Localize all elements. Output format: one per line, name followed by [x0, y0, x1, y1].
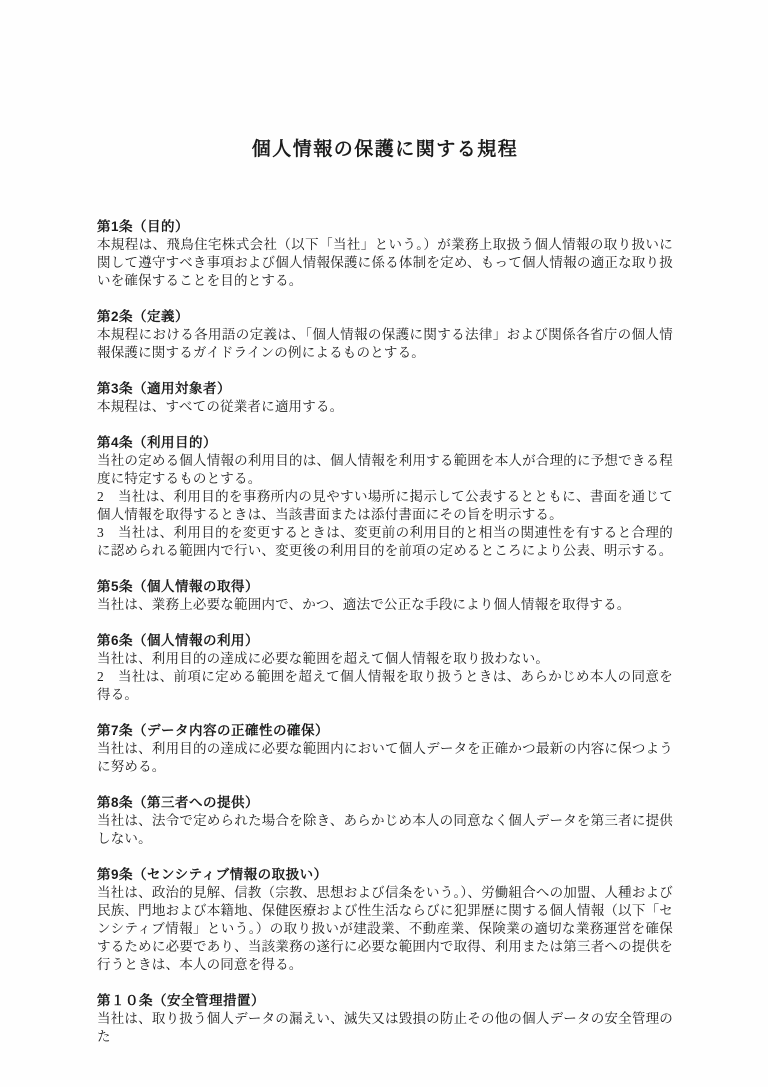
article-paragraph: 当社は、利用目的の達成に必要な範囲を超えて個人情報を取り扱わない。 — [97, 650, 673, 668]
article-heading: 第3条（適用対象者） — [97, 380, 673, 398]
article-section: 第4条（利用目的） 当社の定める個人情報の利用目的は、個人情報を利用する範囲を本… — [97, 434, 673, 560]
article-heading: 第1条（目的） — [97, 218, 673, 236]
article-paragraph: 本規程は、すべての従業者に適用する。 — [97, 398, 673, 416]
article-paragraph: 2 当社は、利用目的を事務所内の見やすい場所に掲示して公表するとともに、書面を通… — [97, 488, 673, 524]
article-section: 第8条（第三者への提供） 当社は、法令で定められた場合を除き、あらかじめ本人の同… — [97, 794, 673, 848]
article-paragraph: 当社の定める個人情報の利用目的は、個人情報を利用する範囲を本人が合理的に予想でき… — [97, 452, 673, 488]
document-title: 個人情報の保護に関する規程 — [97, 138, 673, 162]
article-heading: 第8条（第三者への提供） — [97, 794, 673, 812]
article-paragraph: 本規程における各用語の定義は、「個人情報の保護に関する法律」および関係各省庁の個… — [97, 326, 673, 362]
document-page: 個人情報の保護に関する規程 第1条（目的） 本規程は、飛鳥住宅株式会社（以下「当… — [0, 0, 768, 1087]
article-section: 第１０条（安全管理措置） 当社は、取り扱う個人データの漏えい、滅失又は毀損の防止… — [97, 992, 673, 1046]
article-paragraph: 本規程は、飛鳥住宅株式会社（以下「当社」という。）が業務上取扱う個人情報の取り扱… — [97, 236, 673, 290]
sections-container: 第1条（目的） 本規程は、飛鳥住宅株式会社（以下「当社」という。）が業務上取扱う… — [97, 218, 673, 1046]
article-paragraph: 当社は、業務上必要な範囲内で、かつ、適法で公正な手段により個人情報を取得する。 — [97, 596, 673, 614]
article-paragraph: 3 当社は、利用目的を変更するときは、変更前の利用目的と相当の関連性を有すると合… — [97, 524, 673, 560]
article-section: 第2条（定義） 本規程における各用語の定義は、「個人情報の保護に関する法律」およ… — [97, 308, 673, 362]
article-paragraph: 当社は、政治的見解、信教（宗教、思想および信条をいう。）、労働組合への加盟、人種… — [97, 884, 673, 974]
article-paragraph: 2 当社は、前項に定める範囲を超えて個人情報を取り扱うときは、あらかじめ本人の同… — [97, 668, 673, 704]
article-paragraph: 当社は、法令で定められた場合を除き、あらかじめ本人の同意なく個人データを第三者に… — [97, 812, 673, 848]
article-paragraph: 当社は、利用目的の達成に必要な範囲内において個人データを正確かつ最新の内容に保つ… — [97, 740, 673, 776]
article-heading: 第9条（センシティブ情報の取扱い） — [97, 866, 673, 884]
article-section: 第6条（個人情報の利用） 当社は、利用目的の達成に必要な範囲を超えて個人情報を取… — [97, 632, 673, 704]
article-heading: 第2条（定義） — [97, 308, 673, 326]
article-heading: 第6条（個人情報の利用） — [97, 632, 673, 650]
article-heading: 第１０条（安全管理措置） — [97, 992, 673, 1010]
article-heading: 第4条（利用目的） — [97, 434, 673, 452]
article-paragraph: 当社は、取り扱う個人データの漏えい、滅失又は毀損の防止その他の個人データの安全管… — [97, 1010, 673, 1046]
article-section: 第1条（目的） 本規程は、飛鳥住宅株式会社（以下「当社」という。）が業務上取扱う… — [97, 218, 673, 290]
article-section: 第5条（個人情報の取得） 当社は、業務上必要な範囲内で、かつ、適法で公正な手段に… — [97, 578, 673, 614]
article-section: 第9条（センシティブ情報の取扱い） 当社は、政治的見解、信教（宗教、思想および信… — [97, 866, 673, 974]
article-section: 第7条（データ内容の正確性の確保） 当社は、利用目的の達成に必要な範囲内において… — [97, 722, 673, 776]
article-section: 第3条（適用対象者） 本規程は、すべての従業者に適用する。 — [97, 380, 673, 416]
article-heading: 第7条（データ内容の正確性の確保） — [97, 722, 673, 740]
article-heading: 第5条（個人情報の取得） — [97, 578, 673, 596]
